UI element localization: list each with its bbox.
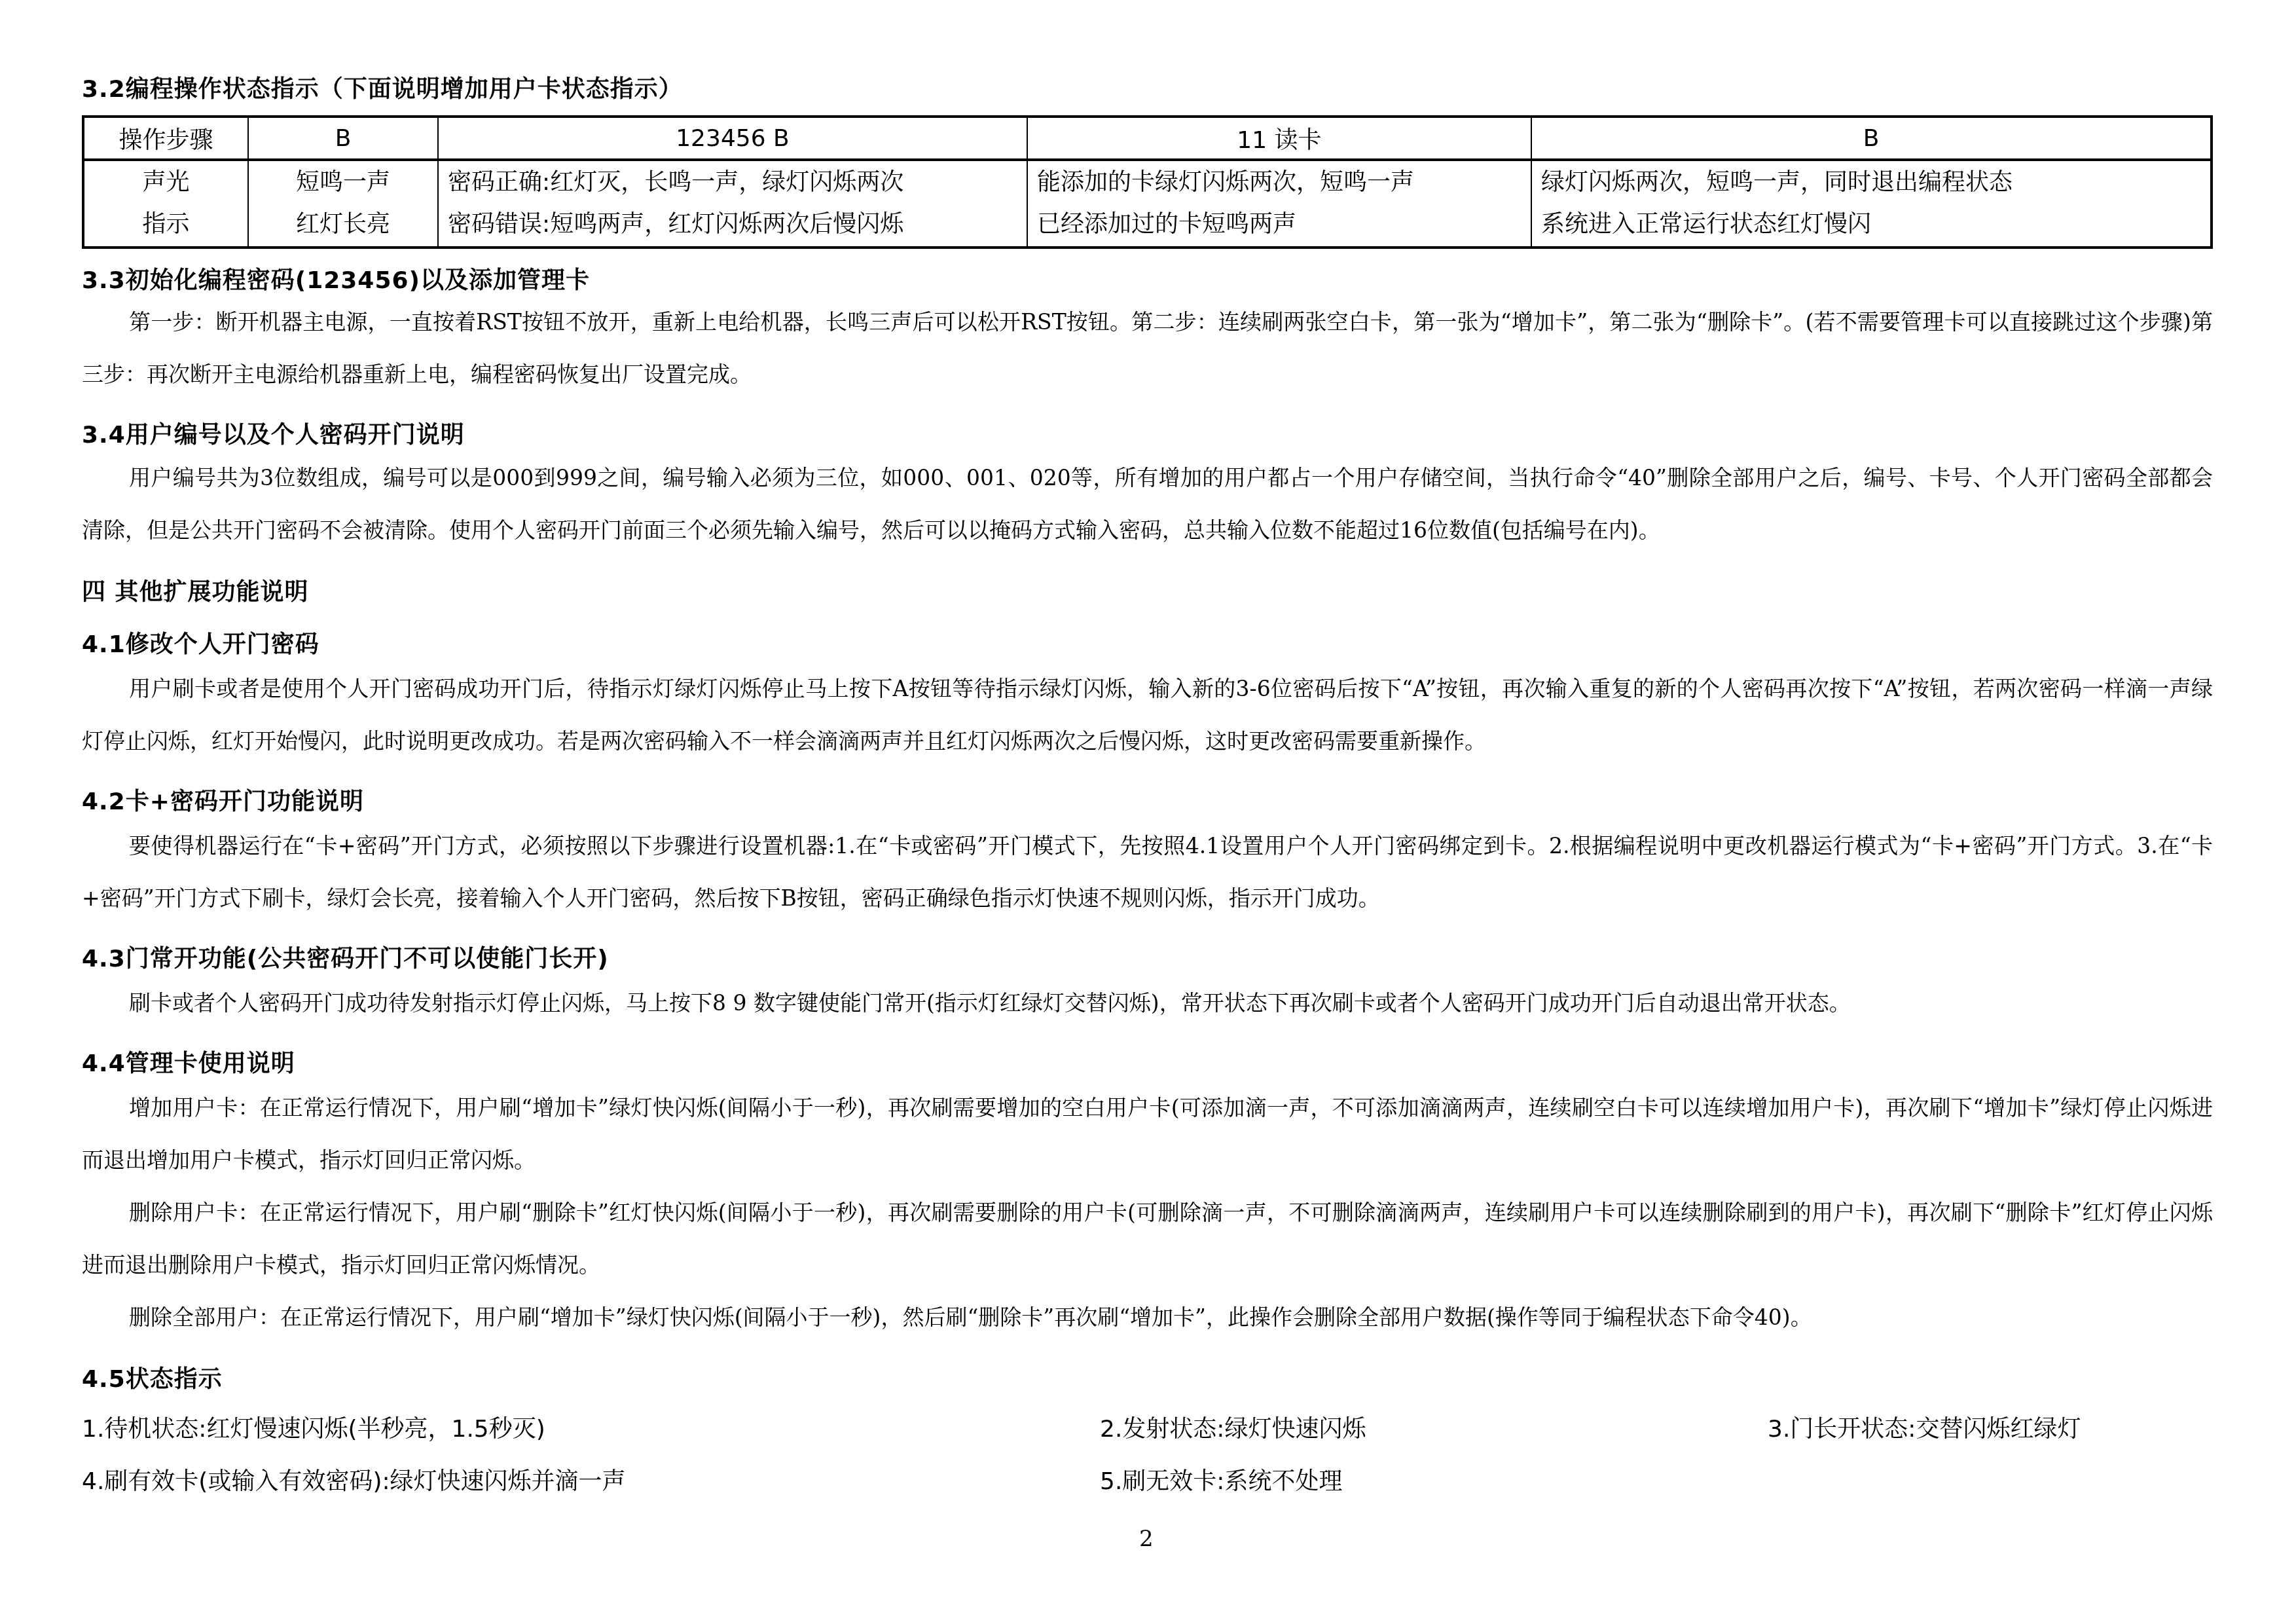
row-label-cell: 声光 指示	[83, 160, 248, 248]
section-4-4-para-add-user: 增加用户卡：在正常运行情况下，用户刷“增加卡”绿灯快闪烁(间隔小于一秒)，再次刷…	[82, 1082, 2213, 1187]
row-label-line: 声光	[94, 162, 238, 204]
section-4-1-title: 4.1修改个人开门密码	[82, 626, 319, 659]
section-4-4-para-delete-user: 删除用户卡：在正常运行情况下，用户刷“删除卡”红灯快闪烁(间隔小于一秒)，再次刷…	[82, 1187, 2213, 1291]
cell-line: 密码正确:红灯灭，长鸣一声，绿灯闪烁两次	[448, 162, 1017, 204]
cell-line: 短鸣一声	[258, 162, 428, 204]
cell-line: 绿灯闪烁两次，短鸣一声，同时退出编程状态	[1541, 162, 2201, 204]
section-4-3-body: 刷卡或者个人密码开门成功待发射指示灯停止闪烁，马上按下8 9 数字键使能门常开(…	[82, 977, 2213, 1029]
cell-line: 系统进入正常运行状态红灯慢闪	[1541, 204, 2201, 246]
table-header-cell: 操作步骤	[83, 117, 248, 160]
status-item-standby: 1.待机状态:红灯慢速闪烁(半秒亮，1.5秒灭)	[82, 1411, 545, 1444]
cell-line: 已经添加过的卡短鸣两声	[1037, 204, 1522, 246]
table-header-row: 操作步骤 B 123456 B 11 读卡 B	[83, 117, 2212, 160]
section-4-1-body: 用户刷卡或者是使用个人开门密码成功开门后，待指示灯绿灯闪烁停止马上按下A按钮等待…	[82, 663, 2213, 767]
section-3-3-title: 3.3初始化编程密码(123456)以及添加管理卡	[82, 262, 590, 295]
cell-line: 红灯长亮	[258, 204, 428, 246]
table-cell: 能添加的卡绿灯闪烁两次，短鸣一声 已经添加过的卡短鸣两声	[1027, 160, 1531, 248]
row-label-line: 指示	[94, 204, 238, 246]
cell-line: 密码错误:短鸣两声，红灯闪烁两次后慢闪烁	[448, 204, 1017, 246]
section-4-4-title: 4.4管理卡使用说明	[82, 1045, 295, 1079]
section-4-3-title: 4.3门常开功能(公共密码开门不可以使能门长开)	[82, 940, 609, 974]
status-item-transmit: 2.发射状态:绿灯快速闪烁	[1100, 1411, 1366, 1444]
table-header-cell: 11 读卡	[1027, 117, 1531, 160]
status-item-valid-card: 4.刷有效卡(或输入有效密码):绿灯快速闪烁并滴一声	[82, 1463, 626, 1496]
section-3-4-body: 用户编号共为3位数组成，编号可以是000到999之间，编号输入必须为三位，如00…	[82, 452, 2213, 557]
table-cell: 密码正确:红灯灭，长鸣一声，绿灯闪烁两次 密码错误:短鸣两声，红灯闪烁两次后慢闪…	[438, 160, 1027, 248]
status-item-invalid-card: 5.刷无效卡:系统不处理	[1100, 1463, 1342, 1496]
programming-status-table: 操作步骤 B 123456 B 11 读卡 B 声光 指示 短鸣一声 红灯长亮 …	[82, 115, 2213, 249]
table-cell: 短鸣一声 红灯长亮	[248, 160, 438, 248]
section-3-4-title: 3.4用户编号以及个人密码开门说明	[82, 416, 465, 450]
section-4-2-title: 4.2卡+密码开门功能说明	[82, 783, 364, 817]
table-row: 声光 指示 短鸣一声 红灯长亮 密码正确:红灯灭，长鸣一声，绿灯闪烁两次 密码错…	[83, 160, 2212, 248]
table-header-cell: B	[1531, 117, 2212, 160]
section-3-2-title: 3.2编程操作状态指示（下面说明增加用户卡状态指示）	[82, 71, 683, 104]
table-cell: 绿灯闪烁两次，短鸣一声，同时退出编程状态 系统进入正常运行状态红灯慢闪	[1531, 160, 2212, 248]
section-4-5-title: 4.5状态指示	[82, 1361, 223, 1394]
page-number: 2	[1139, 1526, 1154, 1552]
table-header-cell: 123456 B	[438, 117, 1027, 160]
section-3-3-body: 第一步：断开机器主电源，一直按着RST按钮不放开，重新上电给机器，长鸣三声后可以…	[82, 296, 2213, 401]
section-4-title: 四 其他扩展功能说明	[82, 574, 309, 607]
section-4-4-para-delete-all: 删除全部用户：在正常运行情况下，用户刷“增加卡”绿灯快闪烁(间隔小于一秒)，然后…	[82, 1291, 2213, 1344]
section-4-2-body: 要使得机器运行在“卡+密码”开门方式，必须按照以下步骤进行设置机器:1.在“卡或…	[82, 820, 2213, 925]
cell-line: 能添加的卡绿灯闪烁两次，短鸣一声	[1037, 162, 1522, 204]
status-item-door-open: 3.门长开状态:交替闪烁红绿灯	[1768, 1411, 2081, 1444]
table-header-cell: B	[248, 117, 438, 160]
